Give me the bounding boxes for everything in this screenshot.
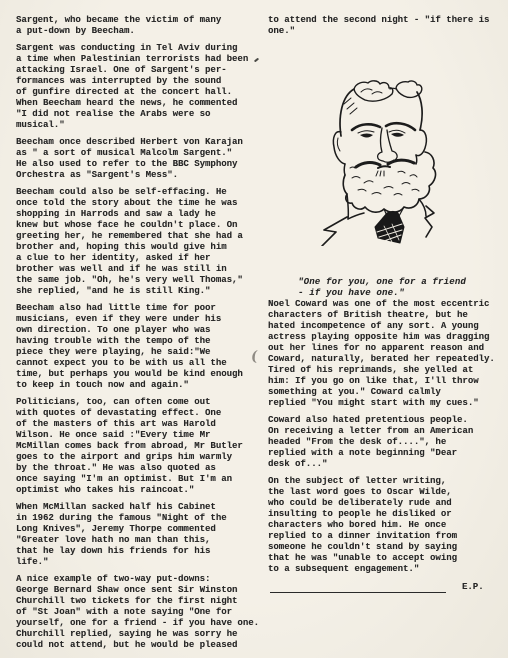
- scanned-page: Sargent, who became the victim of many a…: [0, 0, 508, 658]
- margin-pen-mark: (: [250, 352, 258, 364]
- signature-row: E.P.: [268, 581, 502, 593]
- shaw-portrait-illustration: [314, 80, 450, 246]
- paragraph-tel-aviv: Sargent was conducting in Tel Aviv durin…: [16, 43, 266, 131]
- tie: [375, 212, 404, 244]
- paragraph-poor-musicians: Beecham also had little time for poor mu…: [16, 303, 266, 391]
- illustration-caption: "One for you, one for a friend - if you …: [268, 277, 502, 299]
- left-text-column: Sargent, who became the victim of many a…: [16, 15, 266, 657]
- dome-hatch: [344, 98, 357, 114]
- hair: [354, 81, 422, 101]
- ears: [333, 130, 426, 164]
- author-initials: E.P.: [462, 582, 484, 593]
- paragraph-oscar-wilde: On the subject of letter writing, the la…: [268, 476, 502, 575]
- paragraph-shaw-churchill: A nice example of two-way put-downs: Geo…: [16, 574, 266, 651]
- paragraph-noel-coward: Noel Coward was one of the most eccentri…: [268, 299, 502, 409]
- paragraph-politicians: Politicians, too, can often come out wit…: [16, 397, 266, 496]
- paragraph-churchill-continuation: to attend the second night - "if there i…: [268, 15, 502, 37]
- signature-rule: [270, 583, 446, 593]
- paragraph-night-of-long-knives: When McMillan sacked half his Cabinet in…: [16, 502, 266, 568]
- paragraph-karajan: Beecham once described Herbert von Karaj…: [16, 137, 266, 181]
- right-text-column: to attend the second night - "if there i…: [268, 15, 502, 593]
- shaw-sketch-svg: [314, 80, 450, 246]
- paragraph-coward-pretentious: Coward also hated pretentious people. On…: [268, 415, 502, 470]
- paragraph-sargent-victim: Sargent, who became the victim of many a…: [16, 15, 266, 37]
- eyebrows: [352, 123, 415, 130]
- paragraph-harrods: Beecham could also be self-effacing. He …: [16, 187, 266, 297]
